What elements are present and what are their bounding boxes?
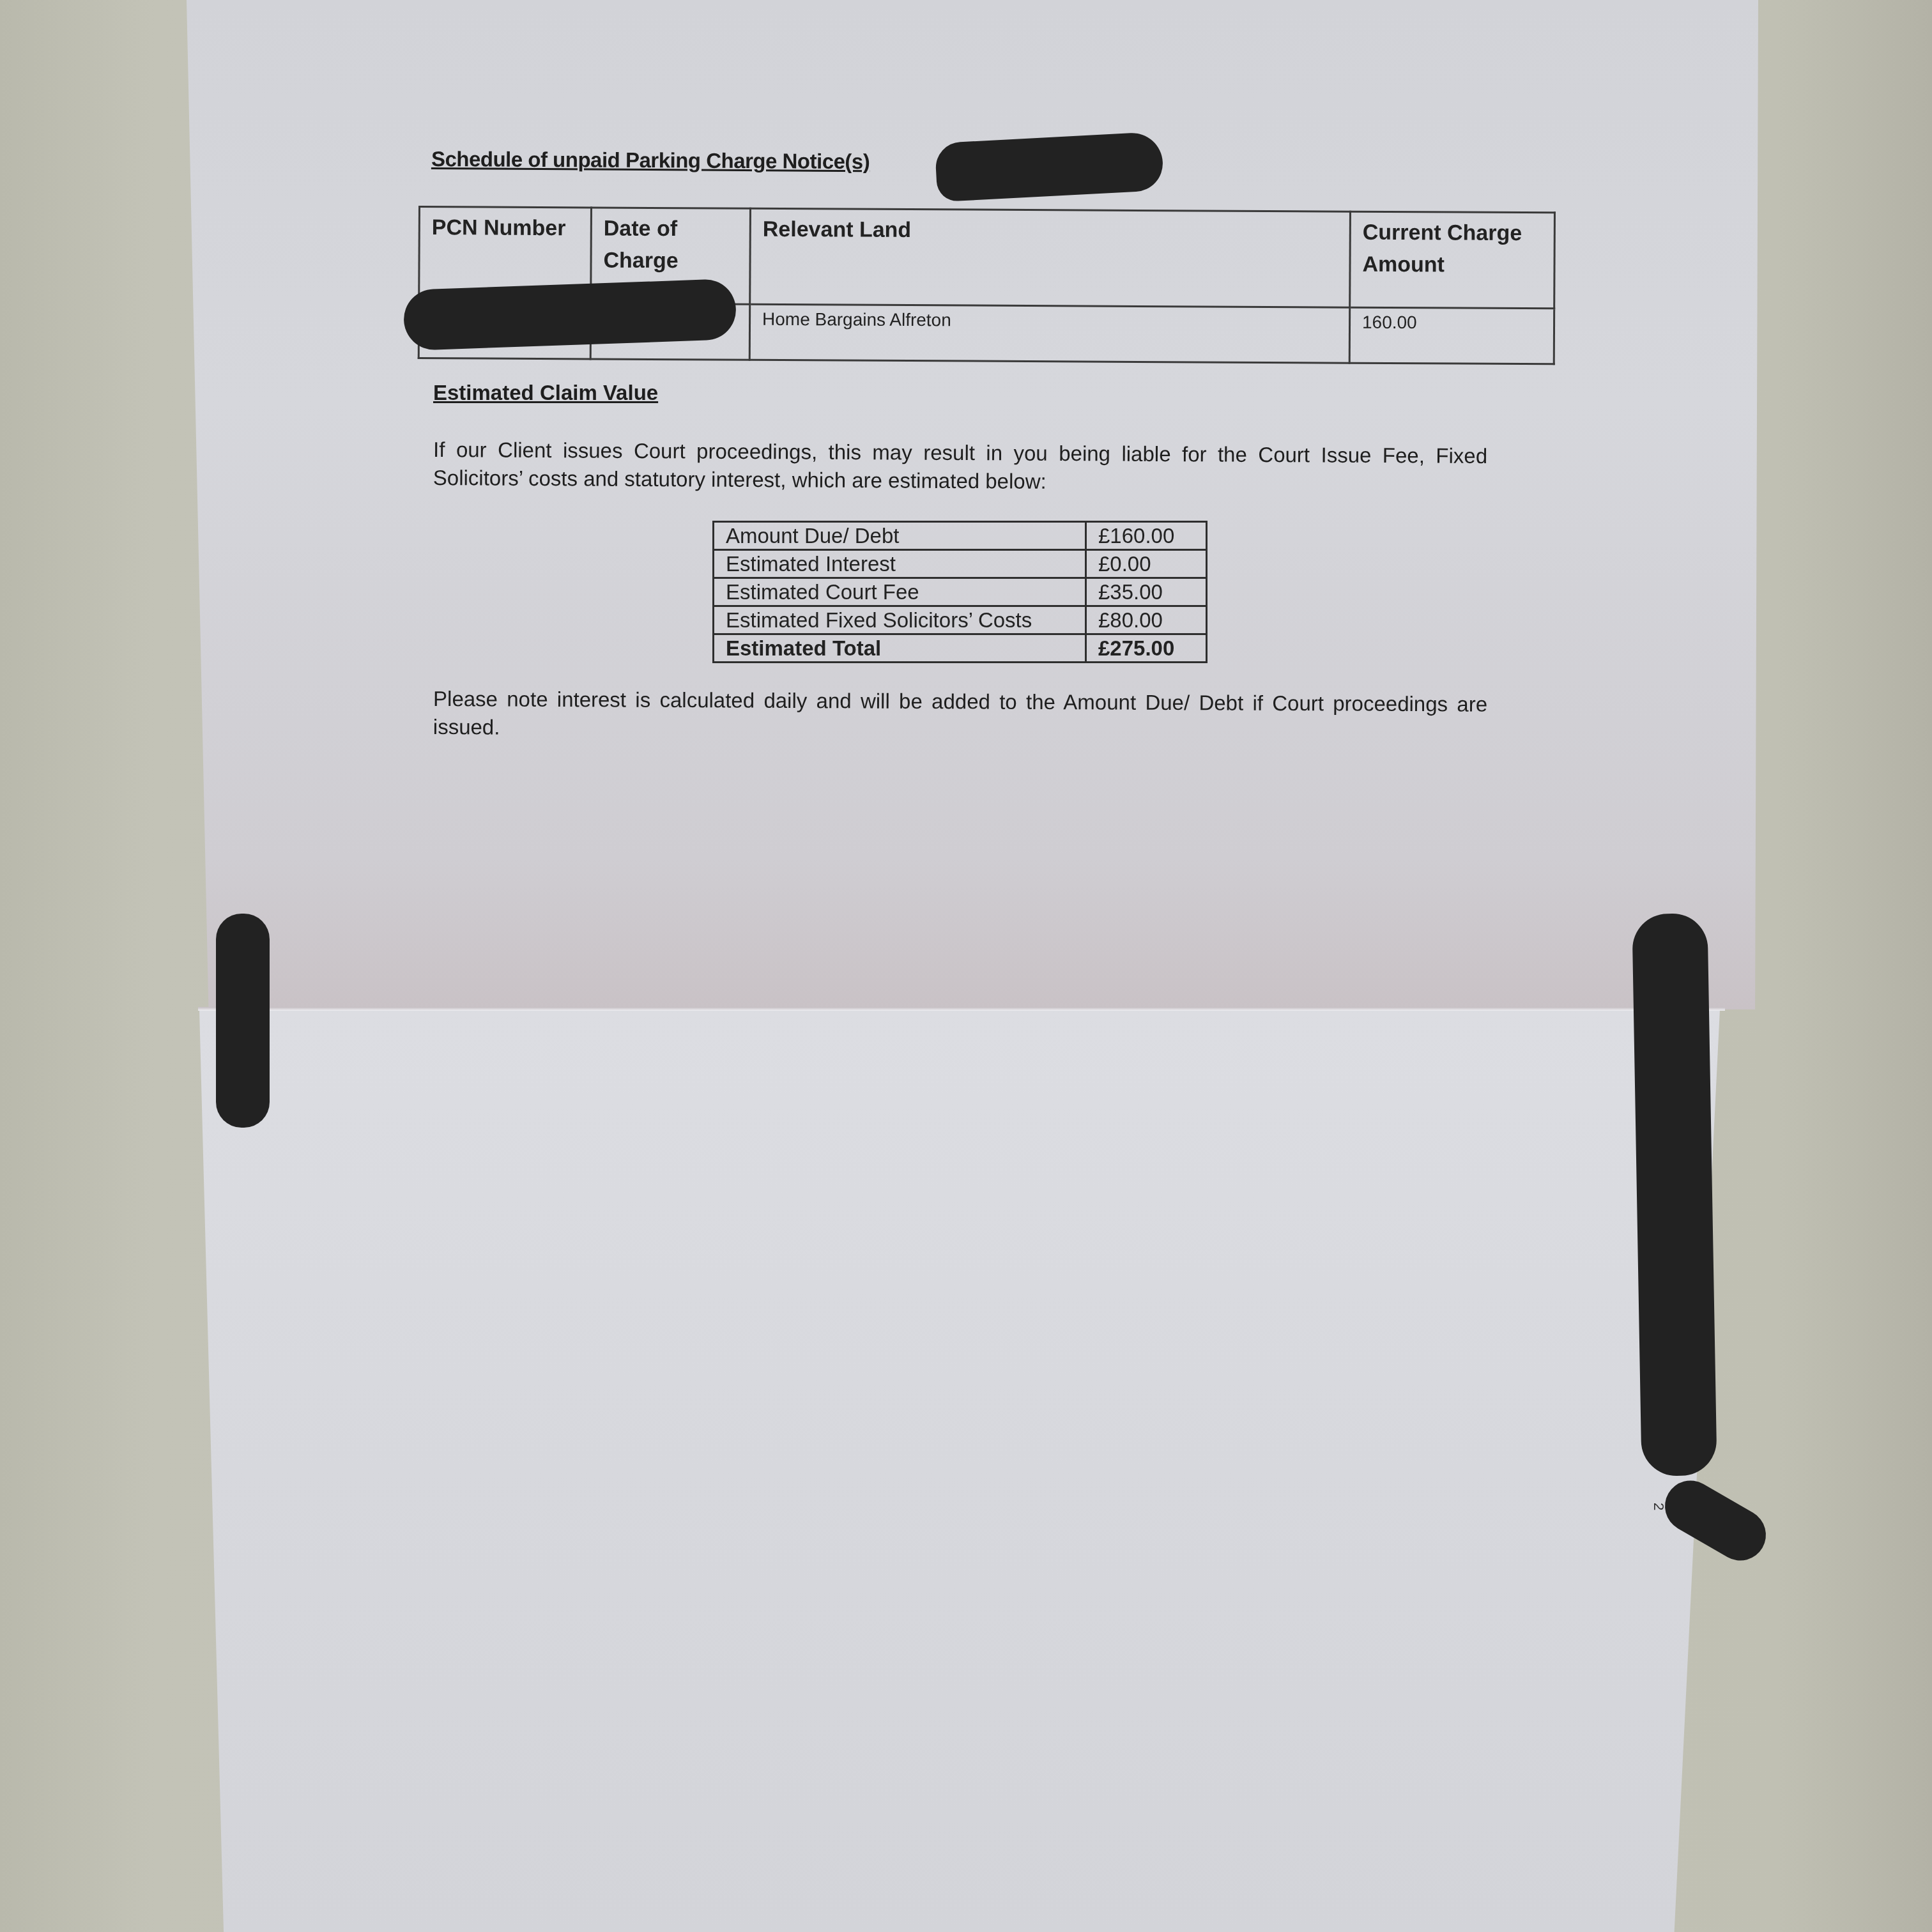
intro-paragraph: If our Client issues Court proceedings, … — [433, 436, 1488, 498]
claim-total-label: Estimated Total — [714, 634, 1086, 663]
claim-value: £160.00 — [1086, 522, 1207, 550]
header-current-charge-amount: Current Charge Amount — [1350, 211, 1555, 309]
paper-fold-line — [198, 1007, 1725, 1011]
table-row-total: Estimated Total £275.00 — [714, 634, 1207, 663]
paper-lower-half — [199, 1009, 1720, 1932]
redaction-mark-left — [216, 914, 270, 1128]
table-row: Amount Due/ Debt £160.00 — [714, 522, 1207, 550]
table-row: Estimated Court Fee £35.00 — [714, 578, 1207, 606]
table-row: Estimated Fixed Solicitors’ Costs £80.00 — [714, 606, 1207, 634]
header-relevant-land: Relevant Land — [750, 208, 1351, 307]
claim-value: £80.00 — [1086, 606, 1207, 634]
redaction-mark-right — [1632, 913, 1717, 1476]
claim-value-title: Estimated Claim Value — [433, 381, 658, 405]
table-row: Estimated Interest £0.00 — [714, 550, 1207, 578]
schedule-title: Schedule of unpaid Parking Charge Notice… — [431, 147, 870, 174]
redaction-mark-title — [935, 132, 1164, 202]
cell-current-charge-amount: 160.00 — [1349, 307, 1554, 364]
note-paragraph: Please note interest is calculated daily… — [433, 685, 1487, 747]
claim-total-value: £275.00 — [1086, 634, 1207, 663]
claim-value-table: Amount Due/ Debt £160.00 Estimated Inter… — [712, 521, 1207, 663]
claim-label: Amount Due/ Debt — [714, 522, 1086, 550]
claim-label: Estimated Court Fee — [714, 578, 1086, 606]
redaction-mark-pcn-row — [403, 279, 737, 351]
claim-value: £0.00 — [1086, 550, 1207, 578]
claim-value: £35.00 — [1086, 578, 1207, 606]
claim-label: Estimated Fixed Solicitors’ Costs — [714, 606, 1086, 634]
cell-relevant-land: Home Bargains Alfreton — [749, 304, 1349, 363]
claim-label: Estimated Interest — [714, 550, 1086, 578]
